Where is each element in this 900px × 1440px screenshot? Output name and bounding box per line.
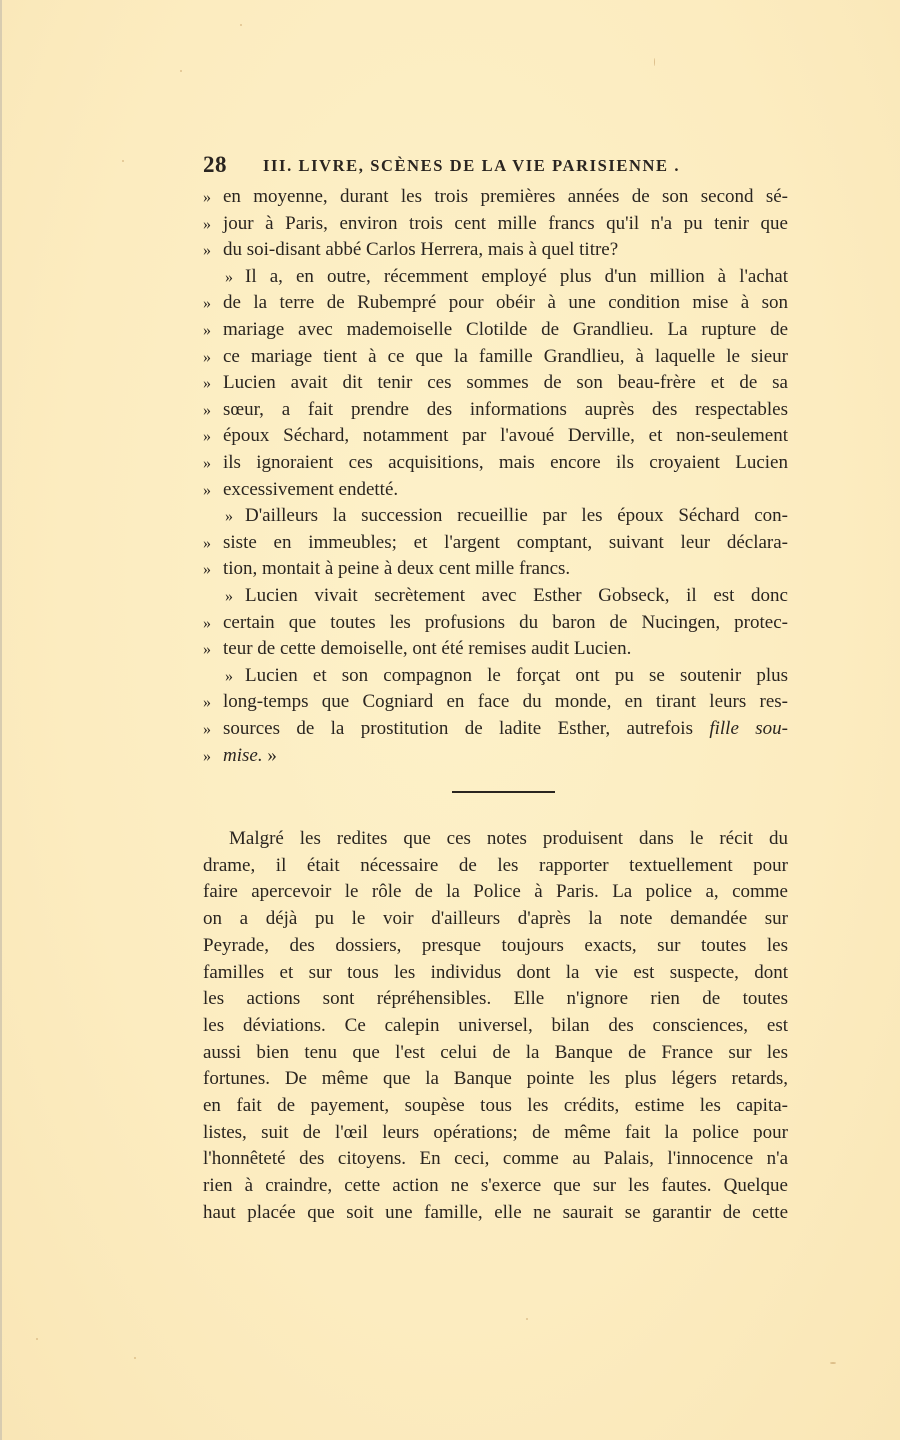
paper-speck bbox=[654, 58, 655, 66]
quoted-note-text: D'ailleurs la succession recueillie par … bbox=[245, 505, 788, 526]
paragraph-line: listes, suit de l'œil leurs opérations; … bbox=[203, 1120, 788, 1146]
quoted-note-text: du soi-disant abbé Carlos Herrera, mais … bbox=[223, 239, 618, 260]
quoted-note-text: teur de cette demoiselle, ont été remise… bbox=[223, 638, 631, 659]
quoted-note-text: ce mariage tient à ce que la famille Gra… bbox=[223, 346, 788, 367]
paragraph-line: fortunes. De même que la Banque pointe l… bbox=[203, 1066, 788, 1092]
quoted-note-line: »époux Séchard, notamment par l'avoué De… bbox=[203, 423, 788, 449]
quoted-note-line: »Lucien et son compagnon le forçat ont p… bbox=[203, 663, 788, 689]
quoted-note-text: époux Séchard, notamment par l'avoué Der… bbox=[223, 425, 788, 446]
guillemet-mark: » bbox=[203, 451, 223, 477]
paragraph-line: Malgré les redites que ces notes produis… bbox=[203, 826, 788, 852]
paragraph-line: les actions sont répréhensibles. Elle n'… bbox=[203, 986, 788, 1012]
quoted-note-text: ils ignoraient ces acquisitions, mais en… bbox=[223, 452, 788, 473]
running-header: 28 III. LIVRE, SCÈNES DE LA VIE PARISIEN… bbox=[203, 152, 788, 180]
paragraph-line: faire apercevoir le rôle de la Police à … bbox=[203, 879, 788, 905]
page-number: 28 bbox=[203, 152, 227, 178]
quoted-note-line: »excessivement endetté. bbox=[203, 477, 788, 503]
quoted-note-text: Lucien avait dit tenir ces sommes de son… bbox=[223, 372, 788, 393]
quoted-note-line: »jour à Paris, environ trois cent mille … bbox=[203, 211, 788, 237]
guillemet-mark: » bbox=[203, 212, 223, 238]
guillemet-mark: » bbox=[203, 238, 223, 264]
quoted-note-line: »de la terre de Rubempré pour obéir à un… bbox=[203, 290, 788, 316]
quoted-note-text: en moyenne, durant les trois premières a… bbox=[223, 186, 788, 207]
guillemet-mark: » bbox=[225, 584, 245, 610]
guillemet-mark: » bbox=[225, 504, 245, 530]
paragraph-line: rien à craindre, cette action ne s'exerc… bbox=[203, 1173, 788, 1199]
running-title: III. LIVRE, SCÈNES DE LA VIE PARISIENNE … bbox=[263, 156, 680, 176]
quoted-note-line: »ce mariage tient à ce que la famille Gr… bbox=[203, 344, 788, 370]
quoted-note-line: »Lucien avait dit tenir ces sommes de so… bbox=[203, 370, 788, 396]
guillemet-mark: » bbox=[203, 637, 223, 663]
quoted-note-line: »sœur, a fait prendre des informations a… bbox=[203, 397, 788, 423]
guillemet-mark: » bbox=[203, 345, 223, 371]
guillemet-mark: » bbox=[225, 265, 245, 291]
book-page: 28 III. LIVRE, SCÈNES DE LA VIE PARISIEN… bbox=[0, 0, 900, 1440]
guillemet-mark: » bbox=[203, 478, 223, 504]
quoted-note-text: long-temps que Cogniard en face du monde… bbox=[223, 691, 788, 712]
quoted-note-line: »D'ailleurs la succession recueillie par… bbox=[203, 503, 788, 529]
paper-speck bbox=[240, 24, 242, 26]
italic-phrase: fille sou- bbox=[709, 718, 788, 739]
guillemet-mark: » bbox=[203, 185, 223, 211]
paragraph-line: on a déjà pu le voir d'ailleurs d'après … bbox=[203, 906, 788, 932]
guillemet-mark: » bbox=[203, 557, 223, 583]
guillemet-mark: » bbox=[225, 664, 245, 690]
quoted-note-text: sources de la prostitution de ladite Est… bbox=[223, 718, 693, 739]
quoted-note-line: »en moyenne, durant les trois premières … bbox=[203, 184, 788, 210]
paragraph-line: l'honnêteté des citoyens. En ceci, comme… bbox=[203, 1146, 788, 1172]
paragraph-line: en fait de payement, soupèse tous les cr… bbox=[203, 1093, 788, 1119]
paper-speck bbox=[830, 1362, 836, 1364]
quoted-note-text: excessivement endetté. bbox=[223, 479, 398, 500]
quoted-note-line: »long-temps que Cogniard en face du mond… bbox=[203, 689, 788, 715]
quoted-note-line: »tion, montait à peine à deux cent mille… bbox=[203, 556, 788, 582]
quoted-note-line: »du soi-disant abbé Carlos Herrera, mais… bbox=[203, 237, 788, 263]
quoted-note-line: »mariage avec mademoiselle Clotilde de G… bbox=[203, 317, 788, 343]
paragraph-line: Peyrade, des dossiers, presque toujours … bbox=[203, 933, 788, 959]
guillemet-mark: » bbox=[203, 318, 223, 344]
quoted-note-text: certain que toutes les profusions du bar… bbox=[223, 612, 788, 633]
quoted-note-line: »mise. » bbox=[203, 743, 788, 769]
quoted-note-line: »ils ignoraient ces acquisitions, mais e… bbox=[203, 450, 788, 476]
paragraph-line: haut placée que soit une famille, elle n… bbox=[203, 1200, 788, 1226]
paper-speck bbox=[122, 160, 124, 162]
quoted-note-line: »Lucien vivait secrètement avec Esther G… bbox=[203, 583, 788, 609]
guillemet-mark: » bbox=[203, 531, 223, 557]
guillemet-mark: » bbox=[203, 717, 223, 743]
paragraph-line: familles et sur tous les individus dont … bbox=[203, 960, 788, 986]
quoted-note-line: »teur de cette demoiselle, ont été remis… bbox=[203, 636, 788, 662]
guillemet-mark: » bbox=[203, 371, 223, 397]
section-divider-rule bbox=[452, 791, 555, 793]
paragraph-line: les déviations. Ce calepin universel, bi… bbox=[203, 1013, 788, 1039]
quoted-note-line: »siste en immeubles; et l'argent comptan… bbox=[203, 530, 788, 556]
quoted-note-text: siste en immeubles; et l'argent comptant… bbox=[223, 532, 788, 553]
quoted-note-text: Il a, en outre, récemment employé plus d… bbox=[245, 266, 788, 287]
paragraph-line: drame, il était nécessaire de les rappor… bbox=[203, 853, 788, 879]
paper-speck bbox=[36, 1338, 38, 1340]
italic-phrase: mise. bbox=[223, 745, 263, 766]
quoted-note-line: »Il a, en outre, récemment employé plus … bbox=[203, 264, 788, 290]
paper-speck bbox=[134, 1357, 136, 1359]
quoted-note-text: sœur, a fait prendre des informations au… bbox=[223, 399, 788, 420]
quoted-note-text: Lucien et son compagnon le forçat ont pu… bbox=[245, 665, 788, 686]
quoted-note-text: jour à Paris, environ trois cent mille f… bbox=[223, 213, 788, 234]
paper-speck bbox=[526, 1318, 528, 1320]
guillemet-mark: » bbox=[203, 424, 223, 450]
guillemet-mark: » bbox=[203, 744, 223, 770]
guillemet-mark: » bbox=[203, 291, 223, 317]
closing-guillemet: » bbox=[263, 745, 277, 766]
quoted-note-line: »certain que toutes les profusions du ba… bbox=[203, 610, 788, 636]
quoted-note-text: tion, montait à peine à deux cent mille … bbox=[223, 558, 570, 579]
quoted-note-text: de la terre de Rubempré pour obéir à une… bbox=[223, 292, 788, 313]
quoted-note-text: Lucien vivait secrètement avec Esther Go… bbox=[245, 585, 788, 606]
guillemet-mark: » bbox=[203, 611, 223, 637]
guillemet-mark: » bbox=[203, 690, 223, 716]
quoted-note-text: mariage avec mademoiselle Clotilde de Gr… bbox=[223, 319, 788, 340]
paper-speck bbox=[180, 70, 182, 72]
guillemet-mark: » bbox=[203, 398, 223, 424]
paragraph-line: aussi bien tenu que l'est celui de la Ba… bbox=[203, 1040, 788, 1066]
quoted-note-line: »sources de la prostitution de ladite Es… bbox=[203, 716, 788, 742]
